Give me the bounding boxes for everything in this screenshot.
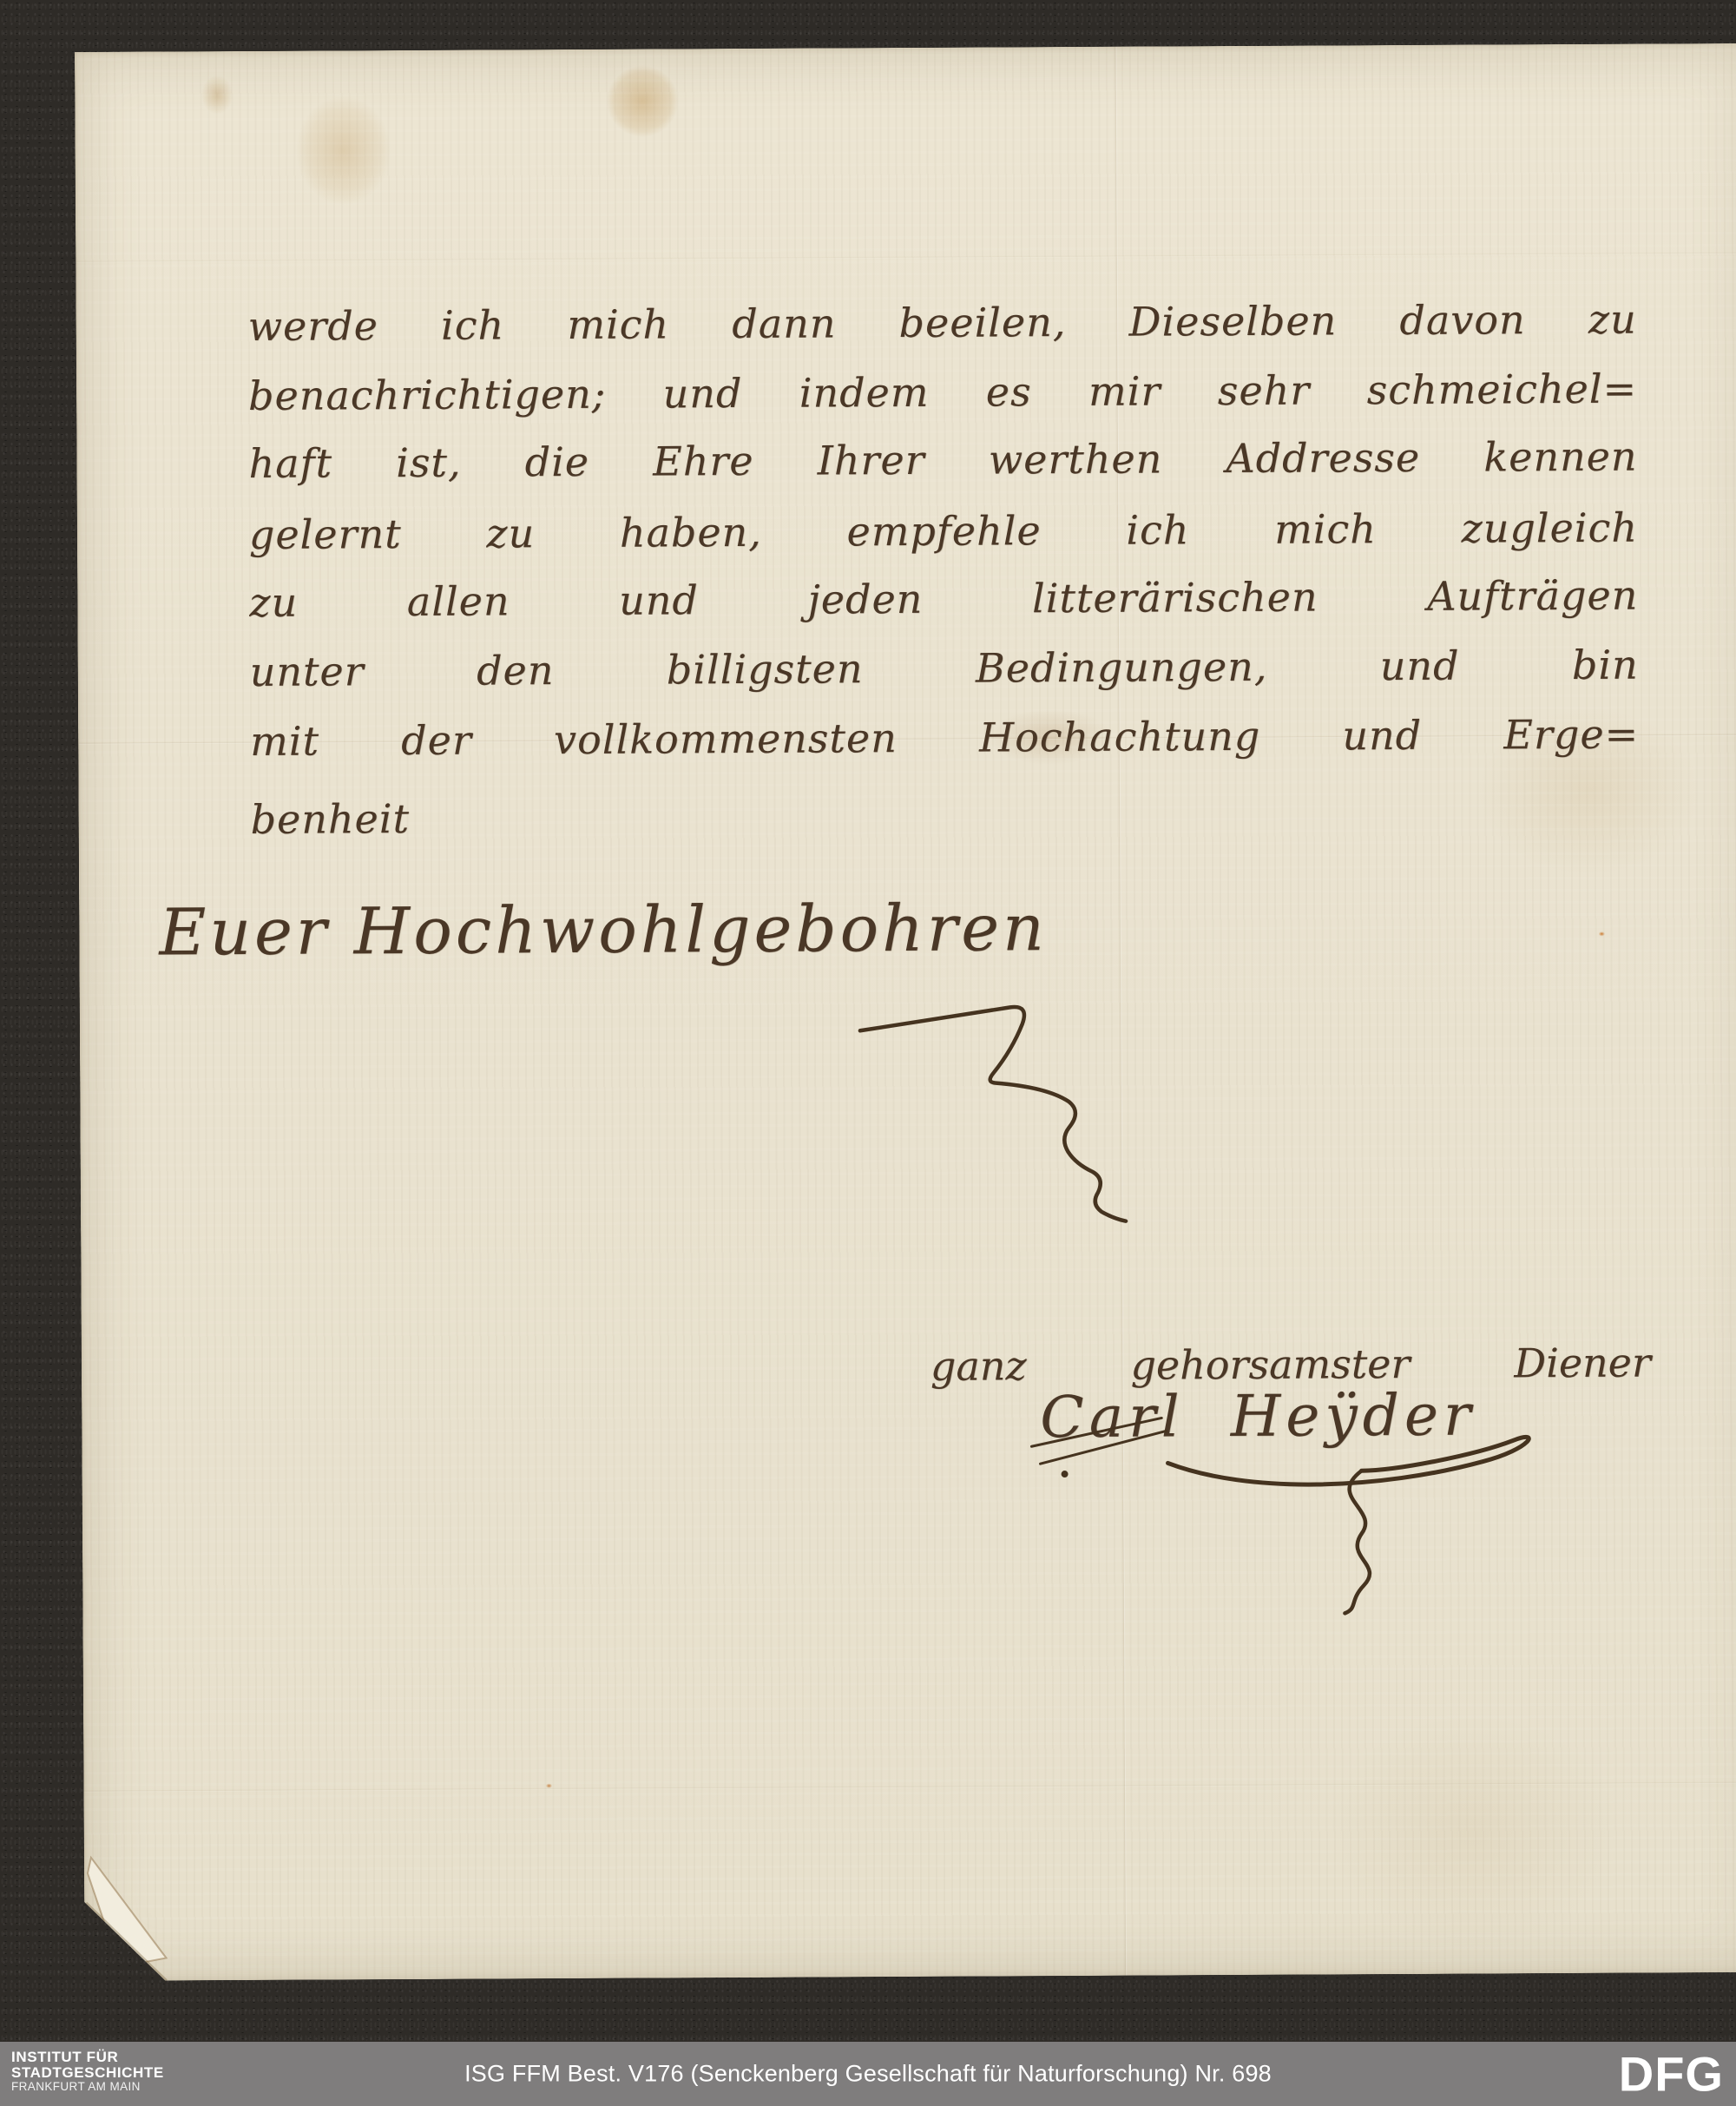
institute-logo: INSTITUT FÜR STADTGESCHICHTE FRANKFURT A… [11,2050,164,2093]
handwritten-line: mit der vollkommensten Hochachtung und E… [250,711,1639,765]
signature-tail-squiggle [1345,1471,1371,1613]
archive-footer-bar: INSTITUT FÜR STADTGESCHICHTE FRANKFURT A… [0,2042,1736,2106]
handwritten-line: benachrichtigen; und indem es mir sehr s… [248,365,1637,419]
signature-text: Carl Heÿder [1040,1382,1476,1451]
institute-logo-line1: INSTITUT FÜR [11,2050,164,2065]
ink-dot [1062,1471,1069,1477]
horizontal-fold-crease [76,252,1736,263]
handwritten-line: gelernt zu haben, empfehle ich mich zugl… [249,504,1638,558]
handwritten-line: werde ich mich dann beeilen, Dieselben d… [248,296,1637,350]
handwritten-line: zu allen und jeden litterärischen Aufträ… [249,572,1638,626]
institute-logo-line2: STADTGESCHICHTE [11,2065,164,2081]
horizontal-fold-crease [83,1781,1736,1793]
handwritten-line: unter den billigsten Bedingungen, und bi… [250,642,1639,695]
dfg-logo: DFG [1619,2046,1724,2103]
scan-page: { "colors": { "background": "#2e2b27", "… [0,0,1736,2106]
salutation-text: Euer Hochwohlgebohren [159,891,1048,970]
flourish-squiggle [860,1006,1126,1222]
institute-logo-line3: FRANKFURT AM MAIN [11,2081,164,2093]
corner-cut-shadow [86,1902,166,1980]
handwritten-line: haft ist, die Ehre Ihrer werthen Address… [248,433,1637,487]
folded-corner-flap [88,1857,167,1966]
letter-page: werde ich mich dann beeilen, Dieselben d… [75,43,1736,1981]
handwritten-line: benheit [250,789,1639,843]
archive-reference-text: ISG FFM Best. V176 (Senckenberg Gesellsc… [464,2061,1272,2088]
